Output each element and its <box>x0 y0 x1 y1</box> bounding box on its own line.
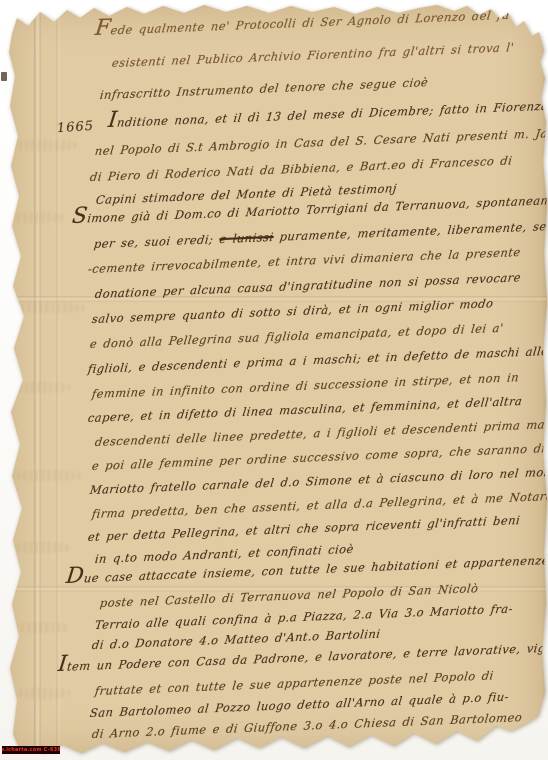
paper-wrapper: 1665 Fede qualmente ne' Protocolli di Se… <box>0 0 548 760</box>
manuscript-line: Inditione nona, et il dì 13 del mese di … <box>107 99 548 130</box>
line-segment: per se, suoi eredi; <box>93 232 220 251</box>
paper-sheet: 1665 Fede qualmente ne' Protocolli di Se… <box>0 0 548 760</box>
manuscript-scan: 1665 Fede qualmente ne' Protocolli di Se… <box>0 0 548 760</box>
marginal-year: 1665 <box>57 119 95 137</box>
verso-ink-showthrough <box>8 382 70 393</box>
manuscript-line: Fede qualmente ne' Protocolli di Ser Agn… <box>94 6 548 38</box>
vertical-fold-crease-2 <box>56 0 60 760</box>
manuscript-line: di Piero di Roderico Nati da Bibbiena, e… <box>89 153 513 184</box>
manuscript-line: salvo sempre quanto di sotto si dirà, et… <box>91 296 494 326</box>
verso-ink-showthrough <box>10 302 86 313</box>
struck-out-word: e lunissi <box>219 230 275 246</box>
seller-watermark: www.icharta.com C-636718 <box>2 746 60 754</box>
verso-ink-showthrough <box>14 688 70 699</box>
manuscript-line: -cemente irrevocabilmente, et intra vivi… <box>87 245 521 276</box>
verso-ink-showthrough <box>8 140 80 151</box>
verso-ink-showthrough <box>6 542 72 553</box>
vertical-fold-crease <box>34 0 41 760</box>
verso-ink-showthrough <box>10 622 70 633</box>
manuscript-line: donatione per alcuna causa d'ingratitudi… <box>94 270 522 301</box>
line-segment: puramente, meritamente, liberamente, sen… <box>273 219 548 244</box>
manuscript-line: e donò alla Pellegrina sua figliola eman… <box>89 321 504 351</box>
manuscript-line: infrascritto Instrumento del tenore che … <box>99 75 429 102</box>
seller-watermark-label: www.icharta.com C-636718 <box>2 746 60 754</box>
verso-ink-showthrough <box>6 212 66 223</box>
manuscript-line: esistenti nel Publico Archivio Fiorentin… <box>111 40 515 70</box>
manuscript-line: nel Popolo di S.t Ambrogio in Casa del S… <box>94 125 548 158</box>
verso-ink-showthrough <box>12 470 82 481</box>
left-edge-mark <box>1 72 7 81</box>
